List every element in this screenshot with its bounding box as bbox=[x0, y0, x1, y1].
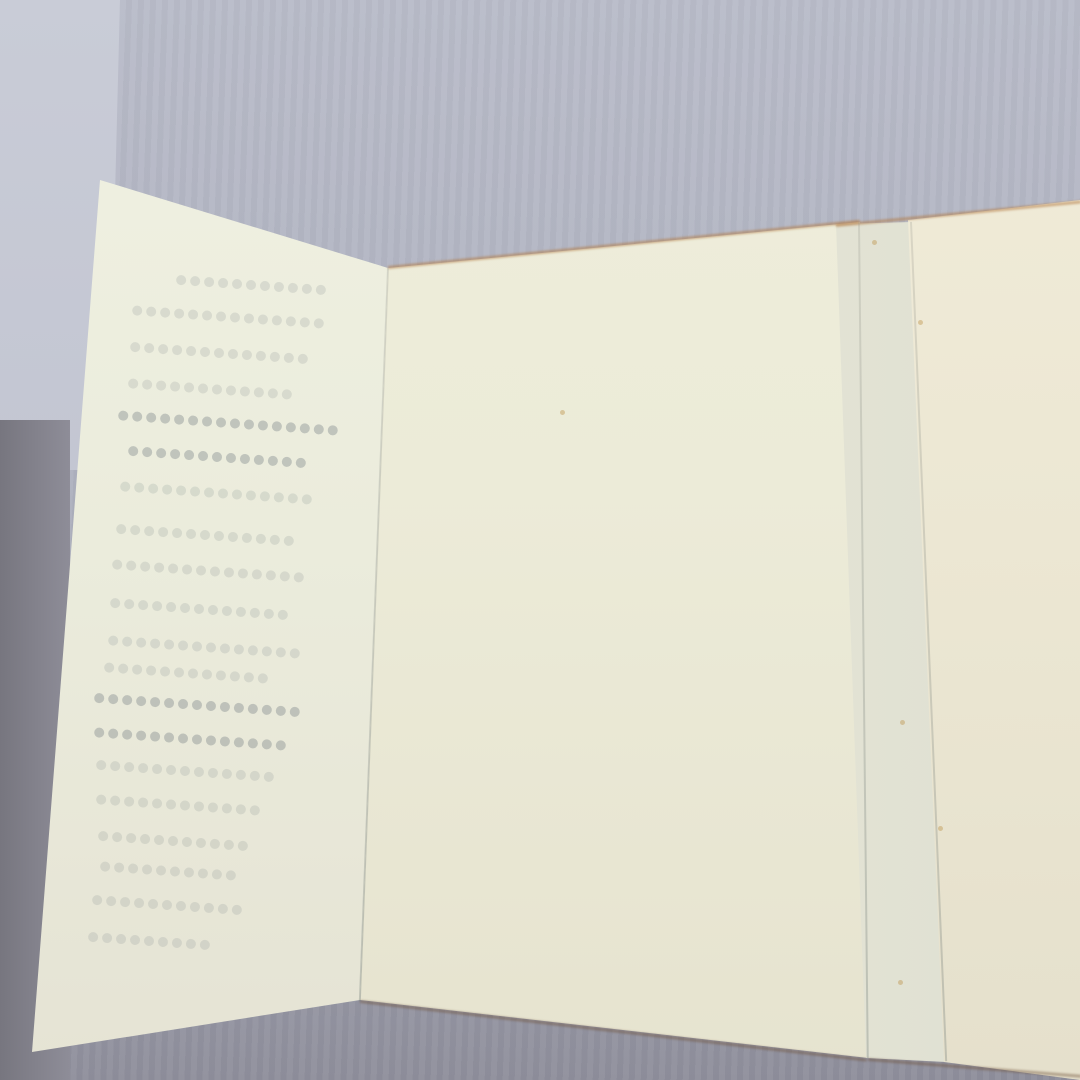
photo-scene bbox=[0, 0, 1080, 1080]
foxing-spot bbox=[898, 980, 903, 985]
foxing-spot bbox=[560, 410, 565, 415]
foxing-spot bbox=[938, 826, 943, 831]
foxing-spot bbox=[900, 720, 905, 725]
foxing-spot bbox=[872, 240, 877, 245]
foxing-spot bbox=[918, 320, 923, 325]
